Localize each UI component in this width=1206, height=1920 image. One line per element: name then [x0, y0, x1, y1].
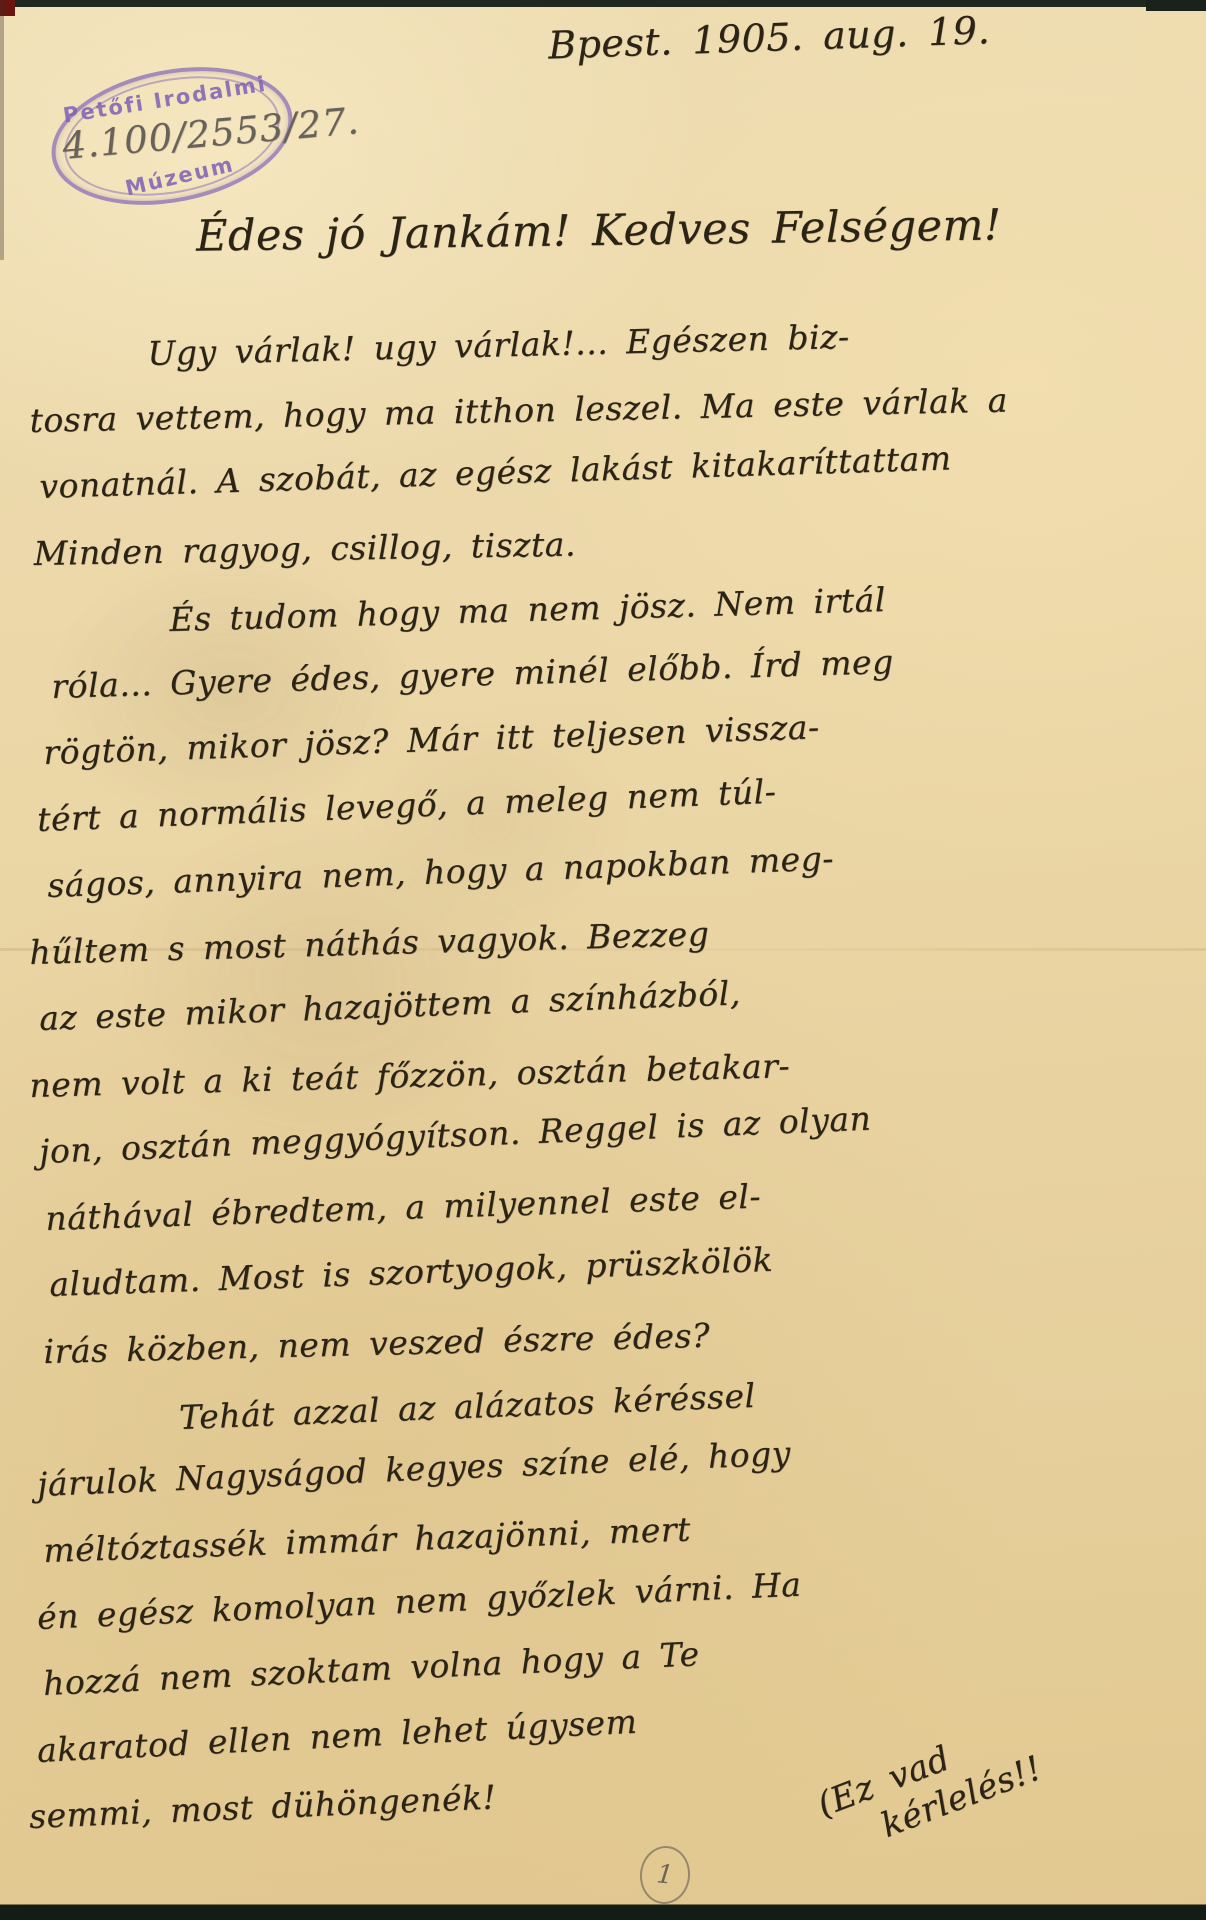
scan-edge-top [0, 0, 1206, 7]
letter-body: Ugy várlak! ugy várlak!... Egészen biz- … [30, 334, 1200, 1864]
scan-edge-left [0, 0, 4, 260]
letter-page: { "date_line": "Bpest. 1905. aug. 19.", … [0, 0, 1206, 1920]
scan-edge-top-right [1146, 0, 1206, 11]
salutation: Édes jó Jankám! Kedves Felségem! [196, 200, 1002, 261]
scan-edge-bottom [0, 1905, 1206, 1920]
date-line: Bpest. 1905. aug. 19. [547, 9, 978, 68]
page-number: 1 [655, 1859, 675, 1891]
